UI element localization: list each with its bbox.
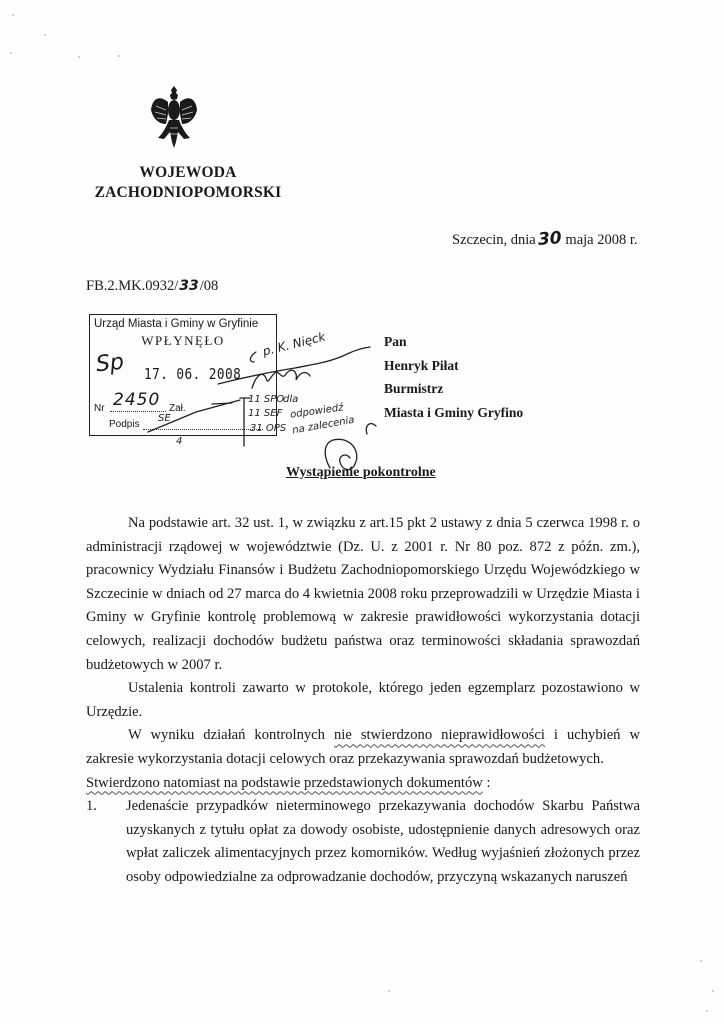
scan-artifact bbox=[712, 990, 714, 992]
handwritten-day: 30 bbox=[537, 228, 562, 250]
reference-suffix: /08 bbox=[200, 278, 219, 294]
body-paragraph-3: W wyniku działań kontrolnych nie stwierd… bbox=[86, 724, 640, 771]
paragraph4-underlined: Stwierdzono natomiast na podstawie przed… bbox=[86, 775, 483, 791]
scan-artifact bbox=[388, 990, 390, 992]
recipient-block: Pan Henryk Piłat Burmistrz Miasta i Gmin… bbox=[384, 330, 523, 424]
stamp-received-label: WPŁYNĘŁO bbox=[90, 333, 276, 349]
recipient-salutation: Pan bbox=[384, 330, 523, 354]
document-body: Na podstawie art. 32 ust. 1, w związku z… bbox=[86, 512, 640, 890]
list-item-text: Jedenaście przypadków nieterminowego prz… bbox=[126, 798, 640, 885]
place-date-prefix: Szczecin, dnia bbox=[452, 232, 536, 248]
authority-line1: WOJEWODA bbox=[88, 163, 288, 183]
body-paragraph-1: Na podstawie art. 32 ust. 1, w związku z… bbox=[86, 512, 640, 677]
paragraph4-after: : bbox=[483, 775, 491, 791]
polish-eagle-emblem-icon bbox=[150, 84, 198, 150]
stamp-office-name: Urząd Miasta i Gminy w Gryfinie bbox=[94, 318, 258, 330]
stamp-number-value: 2450 bbox=[113, 390, 160, 410]
stamp-handwritten-initials: Sp bbox=[95, 350, 125, 378]
handwritten-reference-number: 33 bbox=[179, 278, 198, 294]
reference-prefix: FB.2.MK.0932/ bbox=[86, 278, 178, 294]
list-item-number: 1. bbox=[86, 795, 97, 819]
handwritten-small-mark: 4 bbox=[176, 436, 182, 447]
issuing-authority: WOJEWODA ZACHODNIOPOMORSKI bbox=[88, 163, 288, 203]
stamp-signature-label: Podpis bbox=[109, 419, 140, 430]
document-subject: Wystąpienie pokontrolne bbox=[286, 465, 436, 481]
handwritten-routing-line2: 11 SEF bbox=[248, 408, 282, 419]
scan-artifact bbox=[118, 55, 120, 57]
recipient-name: Henryk Piłat bbox=[384, 354, 523, 378]
place-date-suffix: maja 2008 r. bbox=[565, 232, 637, 248]
handwritten-routing-note-dla: dla bbox=[283, 394, 298, 405]
scan-artifact bbox=[706, 1010, 708, 1012]
reference-number: FB.2.MK.0932/33/08 bbox=[86, 278, 218, 295]
scan-artifact bbox=[44, 34, 46, 36]
recipient-title: Burmistrz bbox=[384, 377, 523, 401]
body-paragraph-2: Ustalenia kontroli zawarto w protokole, … bbox=[86, 677, 640, 724]
document-page: WOJEWODA ZACHODNIOPOMORSKI Szczecin, dni… bbox=[0, 0, 724, 1024]
scan-artifact bbox=[12, 14, 14, 16]
scan-artifact bbox=[700, 960, 702, 962]
stamp-signature-dotted-line bbox=[143, 429, 263, 430]
place-and-date: Szczecin, dnia30maja 2008 r. bbox=[452, 229, 638, 249]
stamp-signature-value: SE bbox=[158, 413, 171, 424]
paragraph3-before: W wyniku działań kontrolnych bbox=[128, 727, 325, 743]
stamp-date: 17. 06. 2008 bbox=[144, 365, 241, 383]
stamp-number-dotted-line bbox=[110, 411, 166, 412]
handwritten-routing-line1: 11 SPO bbox=[248, 394, 284, 405]
handwritten-routing-line3: 31 OPS bbox=[250, 423, 286, 434]
stamp-number-label: Nr bbox=[94, 403, 105, 414]
scan-artifact bbox=[78, 56, 80, 58]
findings-list-item: 1. Jedenaście przypadków nieterminowego … bbox=[86, 795, 640, 889]
scan-artifact bbox=[10, 52, 12, 54]
stamp-attachments-label: Zał. bbox=[169, 403, 186, 414]
body-paragraph-4: Stwierdzono natomiast na podstawie przed… bbox=[86, 772, 640, 796]
authority-line2: ZACHODNIOPOMORSKI bbox=[88, 183, 288, 203]
paragraph3-underlined: nie stwierdzono nieprawidłowości bbox=[334, 727, 545, 743]
recipient-office: Miasta i Gminy Gryfino bbox=[384, 401, 523, 425]
